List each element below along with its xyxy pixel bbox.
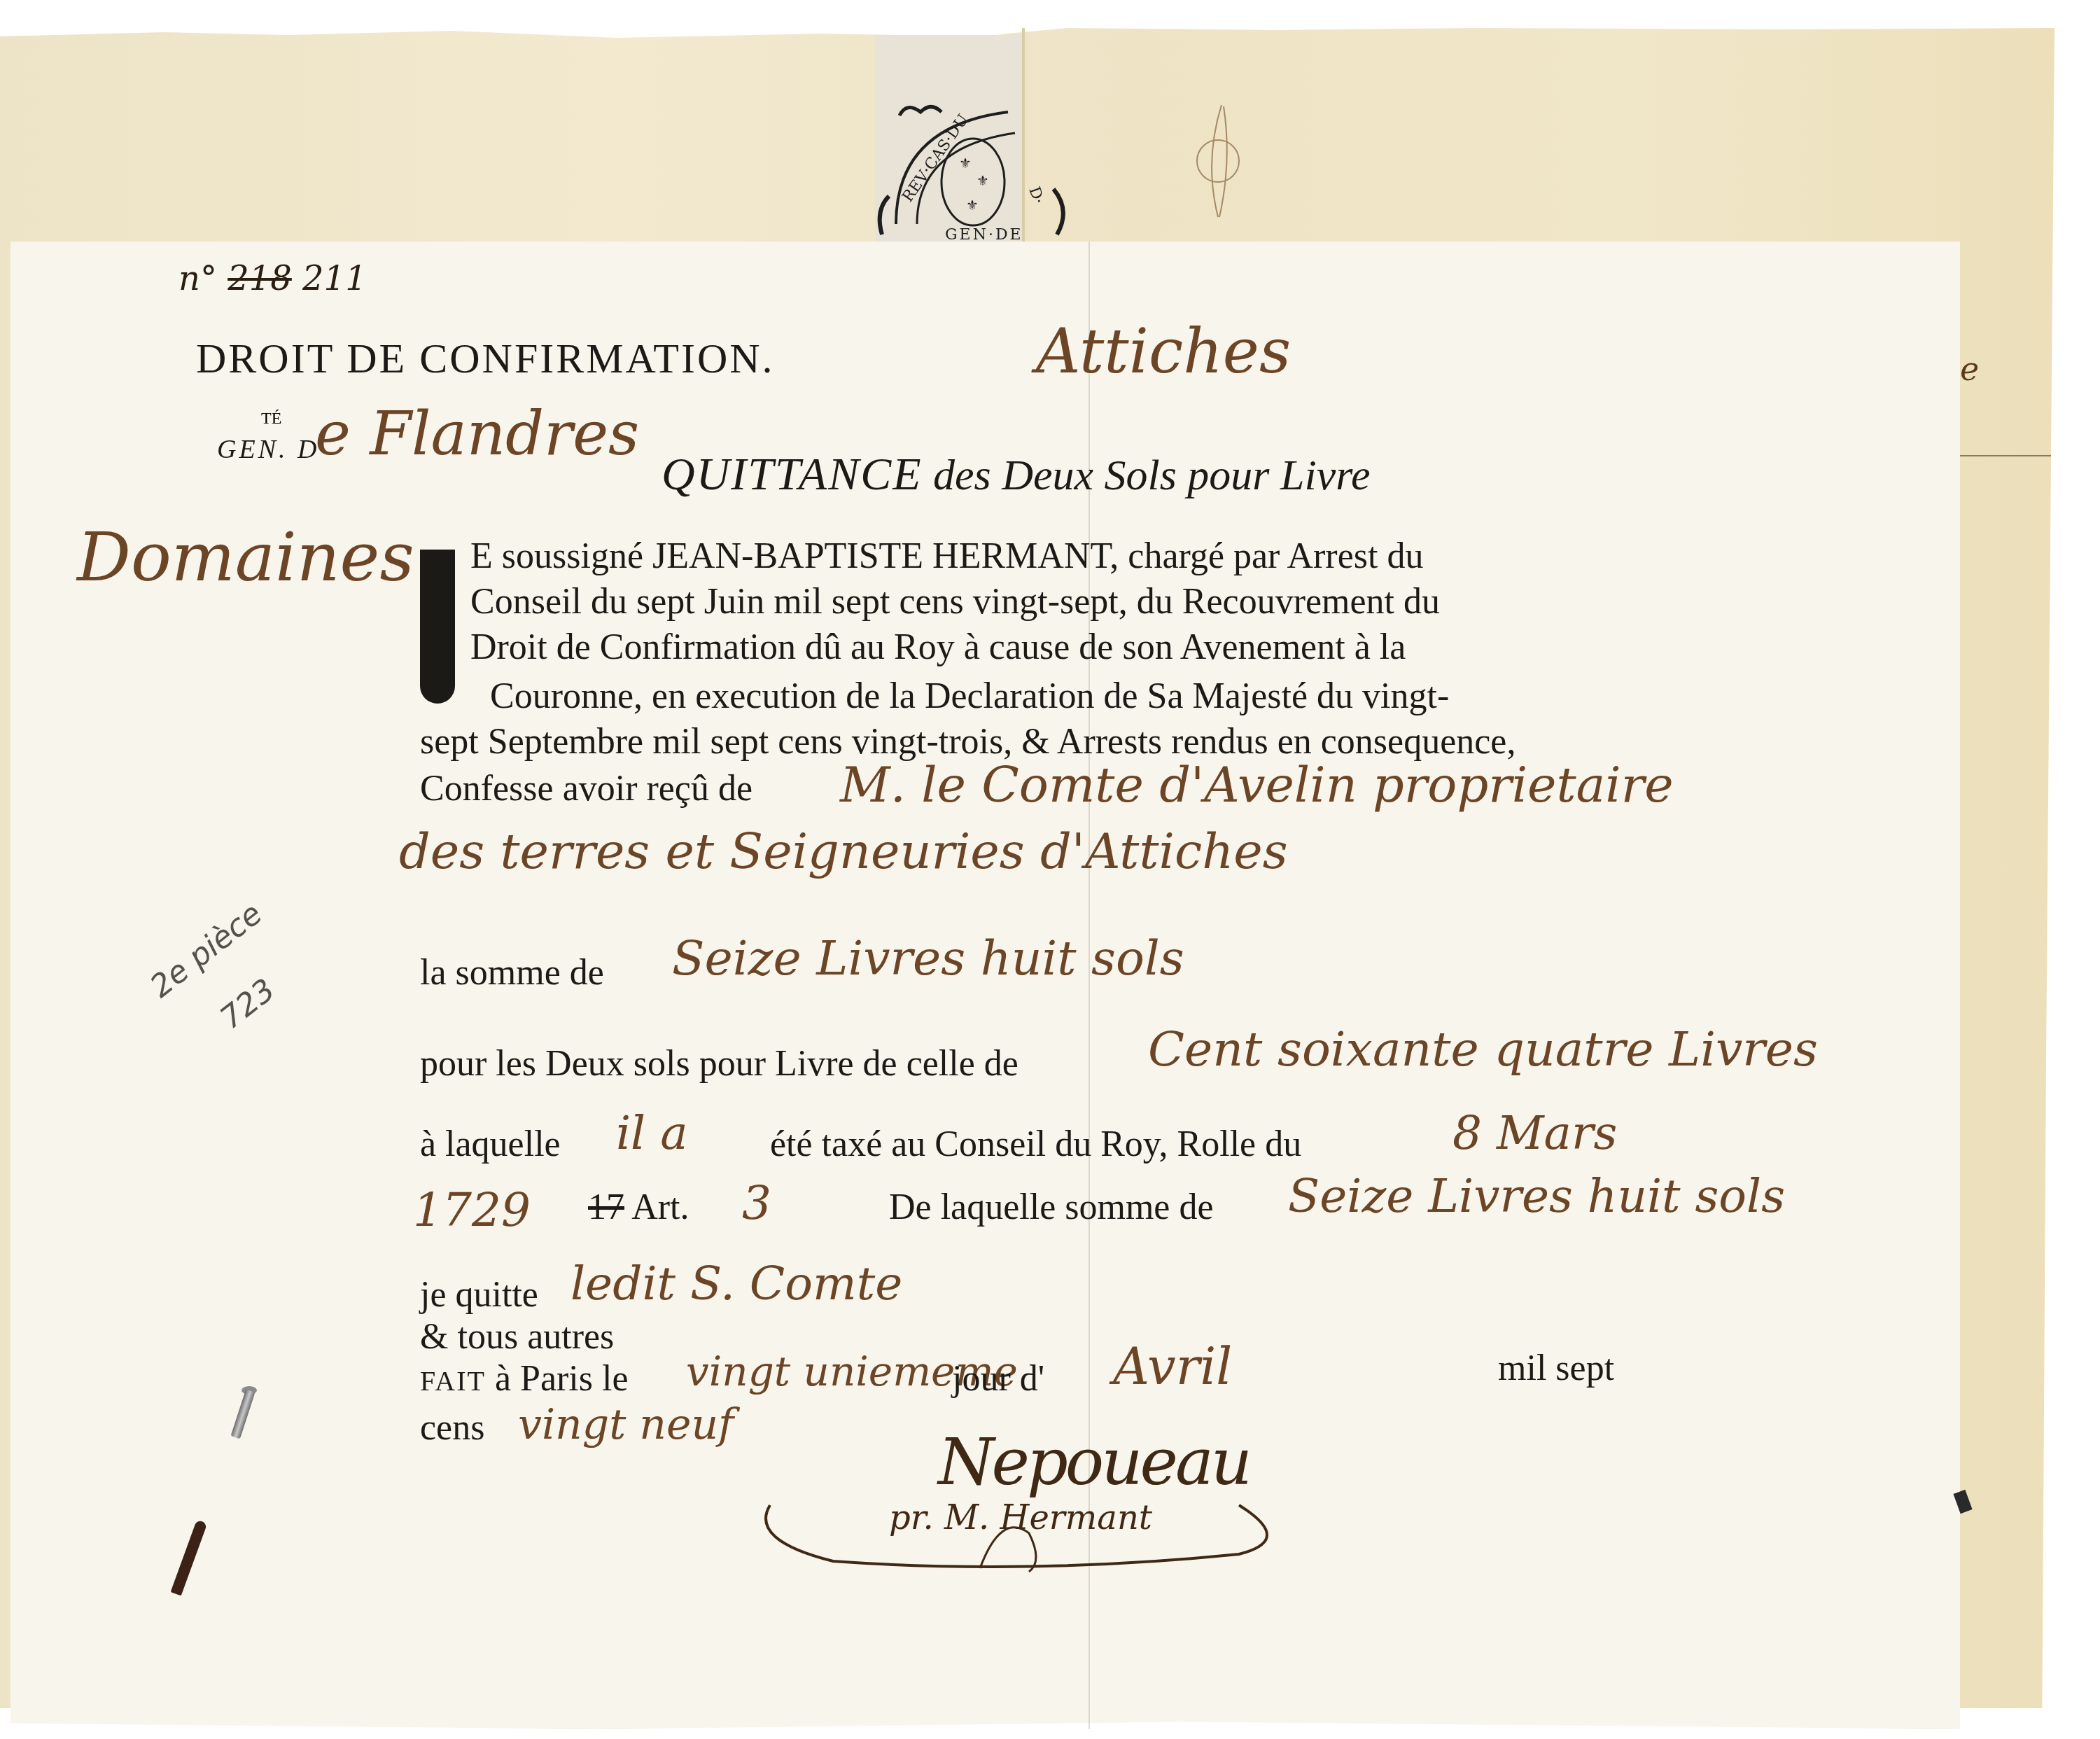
svg-text:⚜: ⚜: [959, 155, 972, 172]
payer-title-handwritten: des terres et Seigneuries d'Attiches: [399, 823, 1288, 880]
dropcap-letter-j: [420, 550, 455, 704]
payer-name-handwritten: M. le Comte d'Avelin proprietaire: [840, 756, 1674, 813]
svg-text:GEN·DE: GEN·DE: [945, 226, 1023, 244]
tax-stamp-seal: ⚜ ⚜ ⚜ REV·CAS·DU D· GEN·DE: [868, 84, 1092, 245]
taxed-label: été taxé au Conseil du Roy, Rolle du: [770, 1124, 1301, 1165]
thousand-seven-label: mil sept: [1498, 1348, 1614, 1389]
generalite-handwritten: e Flandres: [315, 399, 639, 469]
hundred-label: cens: [420, 1407, 484, 1448]
roll-date-handwritten: 8 Mars: [1452, 1106, 1617, 1160]
of-which-label: De laquelle somme de: [889, 1187, 1214, 1228]
signature-flourish: [749, 1484, 1295, 1575]
article-number-handwritten: 3: [742, 1176, 771, 1230]
body-line-6: Confesse avoir reçû de: [420, 768, 752, 809]
all-others-label: & tous autres: [420, 1316, 614, 1357]
base-amount-handwritten: Cent soixante quatre Livres: [1148, 1022, 1818, 1077]
il-a-handwritten: il a: [616, 1106, 688, 1160]
of-which-amount-handwritten: Seize Livres huit sols: [1288, 1169, 1785, 1223]
struck-number: 218: [227, 259, 292, 298]
body-line-1: E soussigné JEAN-BAPTISTE HERMANT, charg…: [470, 536, 1423, 577]
place-annotation: Attiches: [1036, 315, 1291, 387]
seal-icon: ⚜ ⚜ ⚜ REV·CAS·DU D· GEN·DE: [868, 84, 1092, 245]
body-line-3: Droit de Confirmation dû au Roy à cause …: [470, 627, 1406, 668]
base-label: pour les Deux sols pour Livre de celle d…: [420, 1043, 1018, 1084]
article-label: 17 Art.: [588, 1187, 689, 1228]
document-title: DROIT DE CONFIRMATION.: [196, 335, 775, 383]
receipt-heading: QUITTANCE des Deux Sols pour Livre: [661, 448, 1371, 501]
back-sheet-rule: [1960, 455, 2051, 456]
body-line-4: Couronne, en execution de la Declaration…: [490, 676, 1449, 717]
svg-text:⚜: ⚜: [966, 197, 979, 214]
done-at-label: FAIT à Paris le: [420, 1358, 629, 1399]
margin-annotation-domaines: Domaines: [77, 518, 414, 596]
sum-label: la somme de: [420, 952, 604, 993]
pencil-doodle: [1190, 98, 1246, 224]
day-of-label: jour d': [952, 1358, 1044, 1399]
acquit-label: je quitte: [420, 1274, 538, 1315]
back-sheet-handwriting: e: [1960, 350, 1979, 388]
reference-number: n° 218 211: [178, 259, 367, 298]
month-handwritten: Avril: [1113, 1337, 1232, 1396]
svg-text:D·: D·: [1025, 185, 1047, 207]
year-handwritten: 1729: [413, 1183, 531, 1237]
year-words-handwritten: vingt neuf: [518, 1400, 734, 1449]
acquit-handwritten: ledit S. Comte: [570, 1257, 902, 1311]
body-line-2: Conseil du sept Juin mil sept cens vingt…: [470, 581, 1440, 622]
laquelle-label: à laquelle: [420, 1124, 561, 1165]
generalite-superscript: TÉ: [261, 410, 281, 428]
sum-handwritten: Seize Livres huit sols: [672, 931, 1184, 986]
svg-text:⚜: ⚜: [976, 172, 989, 189]
generalite-label: GEN. D: [217, 434, 319, 465]
